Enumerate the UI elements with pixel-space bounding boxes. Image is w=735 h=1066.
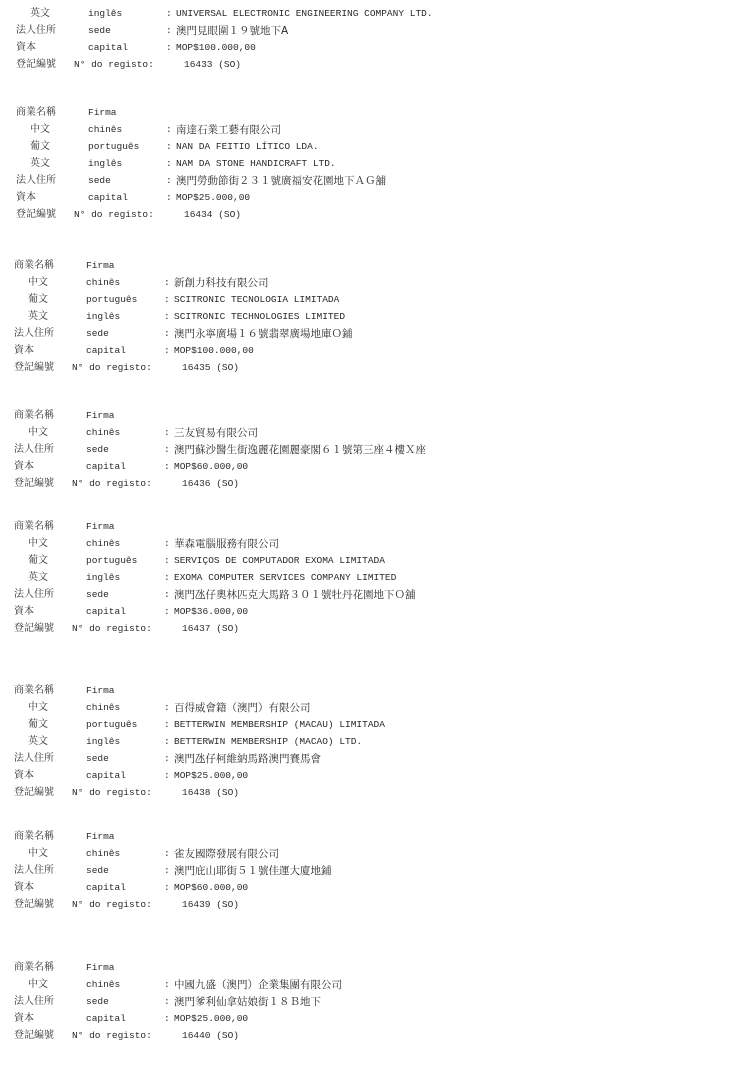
field-chines-label-zh: 中文 bbox=[28, 846, 48, 862]
field-sede-label-pt: sede bbox=[86, 994, 109, 1010]
field-portugues-colon: : bbox=[166, 139, 172, 155]
field-sede-label-pt: sede bbox=[86, 442, 109, 458]
field-registo-label-pt: N° do registo: bbox=[72, 897, 152, 913]
field-ingles-value: NAM DA STONE HANDICRAFT LTD. bbox=[176, 156, 336, 172]
field-ingles-colon: : bbox=[164, 734, 170, 750]
firma-heading-label-zh: 商業名稱 bbox=[14, 829, 54, 845]
firma-heading-label-pt: Firma bbox=[86, 683, 115, 699]
field-registo-value: 16438 (SO) bbox=[182, 785, 239, 801]
field-capital-label-pt: capital bbox=[86, 880, 126, 896]
field-capital-colon: : bbox=[164, 604, 170, 620]
field-capital-value: MOP$100.000,00 bbox=[174, 343, 254, 359]
field-portugues-label-pt: português bbox=[86, 292, 137, 308]
field-registo-label-zh: 登記編號 bbox=[16, 207, 56, 223]
field-capital-value: MOP$25.000,00 bbox=[176, 190, 250, 206]
field-portugues-value: NAN DA FEITIO LÍTICO LDA. bbox=[176, 139, 319, 155]
field-chines-label-pt: chinês bbox=[86, 977, 120, 993]
field-chines-label-pt: chinês bbox=[86, 425, 120, 441]
firma-heading-label-pt: Firma bbox=[86, 258, 115, 274]
field-capital-label-pt: capital bbox=[86, 459, 126, 475]
field-capital-label-zh: 資本 bbox=[14, 604, 34, 620]
field-ingles-colon: : bbox=[164, 570, 170, 586]
field-sede-colon: : bbox=[164, 442, 170, 458]
field-registo-label-pt: N° do registo: bbox=[72, 476, 152, 492]
field-registo-value: 16437 (SO) bbox=[182, 621, 239, 637]
field-portugues-label-zh: 葡文 bbox=[28, 717, 48, 733]
field-sede-label-zh: 法人住所 bbox=[14, 994, 54, 1010]
field-capital-colon: : bbox=[166, 190, 172, 206]
field-capital-label-pt: capital bbox=[88, 190, 128, 206]
field-registo-value: 16440 (SO) bbox=[182, 1028, 239, 1044]
field-registo-label-zh: 登記編號 bbox=[14, 621, 54, 637]
field-chines-value: 中國九盛（澳門）企業集團有限公司 bbox=[174, 977, 342, 993]
field-chines-label-zh: 中文 bbox=[28, 700, 48, 716]
firma-heading-label-zh: 商業名稱 bbox=[14, 683, 54, 699]
field-registo-label-zh: 登記編號 bbox=[14, 785, 54, 801]
field-sede-value: 澳門氹仔奧林匹克大馬路３０１號牡丹花園地下Ｏ舖 bbox=[174, 587, 416, 603]
field-registo-label-pt: N° do registo: bbox=[72, 621, 152, 637]
field-sede-label-zh: 法人住所 bbox=[14, 751, 54, 767]
field-capital-label-pt: capital bbox=[86, 1011, 126, 1027]
field-portugues-label-pt: português bbox=[86, 553, 137, 569]
field-chines-label-pt: chinês bbox=[88, 122, 122, 138]
firma-heading-label-pt: Firma bbox=[86, 408, 115, 424]
field-sede-label-pt: sede bbox=[88, 23, 111, 39]
field-sede-label-zh: 法人住所 bbox=[14, 863, 54, 879]
field-capital-label-zh: 資本 bbox=[14, 880, 34, 896]
field-ingles-label-pt: inglês bbox=[88, 6, 122, 22]
field-chines-label-pt: chinês bbox=[86, 700, 120, 716]
field-sede-label-pt: sede bbox=[86, 326, 109, 342]
field-registo-value: 16439 (SO) bbox=[182, 897, 239, 913]
field-sede-label-zh: 法人住所 bbox=[16, 23, 56, 39]
field-sede-colon: : bbox=[164, 751, 170, 767]
field-ingles-value: UNIVERSAL ELECTRONIC ENGINEERING COMPANY… bbox=[176, 6, 433, 22]
field-capital-label-pt: capital bbox=[86, 604, 126, 620]
field-chines-value: 雀友國際發展有限公司 bbox=[174, 846, 279, 862]
field-ingles-label-pt: inglês bbox=[86, 309, 120, 325]
field-registo-label-zh: 登記編號 bbox=[16, 57, 56, 73]
field-portugues-label-zh: 葡文 bbox=[30, 139, 50, 155]
field-sede-colon: : bbox=[166, 173, 172, 189]
firma-heading-label-pt: Firma bbox=[86, 960, 115, 976]
field-ingles-label-zh: 英文 bbox=[30, 6, 50, 22]
field-ingles-colon: : bbox=[166, 156, 172, 172]
field-chines-colon: : bbox=[164, 536, 170, 552]
field-capital-colon: : bbox=[164, 1011, 170, 1027]
field-sede-value: 澳門永寧廣場１６號翡翠廣場地庫Ｏ鋪 bbox=[174, 326, 353, 342]
field-registo-value: 16433 (SO) bbox=[184, 57, 241, 73]
field-registo-label-pt: N° do registo: bbox=[72, 785, 152, 801]
field-registo-label-pt: N° do registo: bbox=[72, 360, 152, 376]
field-portugues-label-pt: português bbox=[88, 139, 139, 155]
field-registo-label-zh: 登記編號 bbox=[14, 360, 54, 376]
field-sede-value: 澳門見眼圍１９號地下A bbox=[176, 23, 288, 39]
field-chines-value: 百得威會籍（澳門）有限公司 bbox=[174, 700, 311, 716]
firma-heading-label-pt: Firma bbox=[86, 829, 115, 845]
firma-heading-label-zh: 商業名稱 bbox=[14, 408, 54, 424]
field-sede-colon: : bbox=[164, 994, 170, 1010]
field-sede-value: 澳門蘇沙醫生街逸麗花園麗豪閣６１號第三座４樓Ｘ座 bbox=[174, 442, 426, 458]
field-ingles-colon: : bbox=[166, 6, 172, 22]
field-sede-colon: : bbox=[164, 326, 170, 342]
field-registo-label-zh: 登記編號 bbox=[14, 476, 54, 492]
field-portugues-colon: : bbox=[164, 292, 170, 308]
firma-heading-label-pt: Firma bbox=[88, 105, 117, 121]
field-portugues-value: BETTERWIN MEMBERSHIP (MACAU) LIMITADA bbox=[174, 717, 385, 733]
firma-heading-label-zh: 商業名稱 bbox=[14, 519, 54, 535]
field-sede-value: 澳門氹仔柯維納馬路澳門賽馬會 bbox=[174, 751, 321, 767]
field-capital-value: MOP$100.000,00 bbox=[176, 40, 256, 56]
field-capital-colon: : bbox=[164, 459, 170, 475]
field-chines-value: 華森電腦服務有限公司 bbox=[174, 536, 279, 552]
field-portugues-colon: : bbox=[164, 553, 170, 569]
field-ingles-label-zh: 英文 bbox=[28, 734, 48, 750]
field-sede-label-zh: 法人住所 bbox=[14, 587, 54, 603]
field-capital-label-zh: 資本 bbox=[14, 768, 34, 784]
field-sede-label-zh: 法人住所 bbox=[14, 326, 54, 342]
firma-heading-label-zh: 商業名稱 bbox=[16, 105, 56, 121]
field-capital-label-zh: 資本 bbox=[16, 190, 36, 206]
field-chines-colon: : bbox=[164, 846, 170, 862]
field-sede-label-pt: sede bbox=[88, 173, 111, 189]
field-sede-label-pt: sede bbox=[86, 587, 109, 603]
field-capital-value: MOP$60.000,00 bbox=[174, 459, 248, 475]
field-registo-label-zh: 登記編號 bbox=[14, 1028, 54, 1044]
firma-heading-label-zh: 商業名稱 bbox=[14, 960, 54, 976]
field-registo-value: 16434 (SO) bbox=[184, 207, 241, 223]
field-capital-value: MOP$60.000,00 bbox=[174, 880, 248, 896]
field-portugues-label-zh: 葡文 bbox=[28, 292, 48, 308]
field-chines-value: 南達石業工藝有限公司 bbox=[176, 122, 281, 138]
field-registo-value: 16435 (SO) bbox=[182, 360, 239, 376]
field-capital-value: MOP$25.000,00 bbox=[174, 1011, 248, 1027]
field-registo-value: 16436 (SO) bbox=[182, 476, 239, 492]
field-sede-colon: : bbox=[166, 23, 172, 39]
field-chines-label-pt: chinês bbox=[86, 275, 120, 291]
field-chines-colon: : bbox=[166, 122, 172, 138]
field-portugues-value: SERVIÇOS DE COMPUTADOR EXOMA LIMITADA bbox=[174, 553, 385, 569]
field-sede-label-pt: sede bbox=[86, 863, 109, 879]
field-ingles-value: SCITRONIC TECHNOLOGIES LIMITED bbox=[174, 309, 345, 325]
field-capital-colon: : bbox=[164, 768, 170, 784]
field-ingles-value: BETTERWIN MEMBERSHIP (MACAO) LTD. bbox=[174, 734, 362, 750]
field-sede-value: 澳門庇山耶街５１號佳運大廈地鋪 bbox=[174, 863, 332, 879]
field-chines-value: 新創力科技有限公司 bbox=[174, 275, 269, 291]
field-capital-label-zh: 資本 bbox=[14, 459, 34, 475]
field-chines-label-zh: 中文 bbox=[28, 275, 48, 291]
field-portugues-colon: : bbox=[164, 717, 170, 733]
field-sede-value: 澳門爹利仙拿姑娘街１８Ｂ地下 bbox=[174, 994, 321, 1010]
field-capital-label-pt: capital bbox=[86, 768, 126, 784]
field-capital-colon: : bbox=[166, 40, 172, 56]
field-registo-label-pt: N° do registo: bbox=[74, 207, 154, 223]
field-chines-label-pt: chinês bbox=[86, 846, 120, 862]
field-registo-label-zh: 登記編號 bbox=[14, 897, 54, 913]
field-sede-label-zh: 法人住所 bbox=[14, 442, 54, 458]
field-portugues-value: SCITRONIC TECNOLOGIA LIMITADA bbox=[174, 292, 339, 308]
field-ingles-label-pt: inglês bbox=[86, 734, 120, 750]
firma-heading-label-zh: 商業名稱 bbox=[14, 258, 54, 274]
field-chines-label-zh: 中文 bbox=[30, 122, 50, 138]
field-chines-label-zh: 中文 bbox=[28, 977, 48, 993]
field-chines-label-pt: chinês bbox=[86, 536, 120, 552]
field-capital-label-zh: 資本 bbox=[14, 343, 34, 359]
field-ingles-label-zh: 英文 bbox=[30, 156, 50, 172]
field-chines-colon: : bbox=[164, 425, 170, 441]
field-sede-colon: : bbox=[164, 587, 170, 603]
field-chines-colon: : bbox=[164, 275, 170, 291]
firma-heading-label-pt: Firma bbox=[86, 519, 115, 535]
field-capital-colon: : bbox=[164, 880, 170, 896]
field-portugues-label-pt: português bbox=[86, 717, 137, 733]
field-chines-label-zh: 中文 bbox=[28, 536, 48, 552]
field-capital-value: MOP$25.000,00 bbox=[174, 768, 248, 784]
field-ingles-value: EXOMA COMPUTER SERVICES COMPANY LIMITED bbox=[174, 570, 396, 586]
field-capital-value: MOP$36.000,00 bbox=[174, 604, 248, 620]
field-ingles-label-pt: inglês bbox=[88, 156, 122, 172]
field-sede-label-pt: sede bbox=[86, 751, 109, 767]
field-ingles-label-pt: inglês bbox=[86, 570, 120, 586]
field-capital-label-pt: capital bbox=[86, 343, 126, 359]
field-sede-label-zh: 法人住所 bbox=[16, 173, 56, 189]
field-capital-colon: : bbox=[164, 343, 170, 359]
field-capital-label-zh: 資本 bbox=[16, 40, 36, 56]
field-sede-colon: : bbox=[164, 863, 170, 879]
field-capital-label-pt: capital bbox=[88, 40, 128, 56]
field-ingles-colon: : bbox=[164, 309, 170, 325]
field-ingles-label-zh: 英文 bbox=[28, 309, 48, 325]
field-registo-label-pt: N° do registo: bbox=[74, 57, 154, 73]
field-registo-label-pt: N° do registo: bbox=[72, 1028, 152, 1044]
field-chines-label-zh: 中文 bbox=[28, 425, 48, 441]
field-chines-colon: : bbox=[164, 700, 170, 716]
field-sede-value: 澳門勞動節街２３１號廣福安花園地下ＡＧ舖 bbox=[176, 173, 386, 189]
field-capital-label-zh: 資本 bbox=[14, 1011, 34, 1027]
field-portugues-label-zh: 葡文 bbox=[28, 553, 48, 569]
field-chines-value: 三友貿易有限公司 bbox=[174, 425, 258, 441]
field-ingles-label-zh: 英文 bbox=[28, 570, 48, 586]
field-chines-colon: : bbox=[164, 977, 170, 993]
